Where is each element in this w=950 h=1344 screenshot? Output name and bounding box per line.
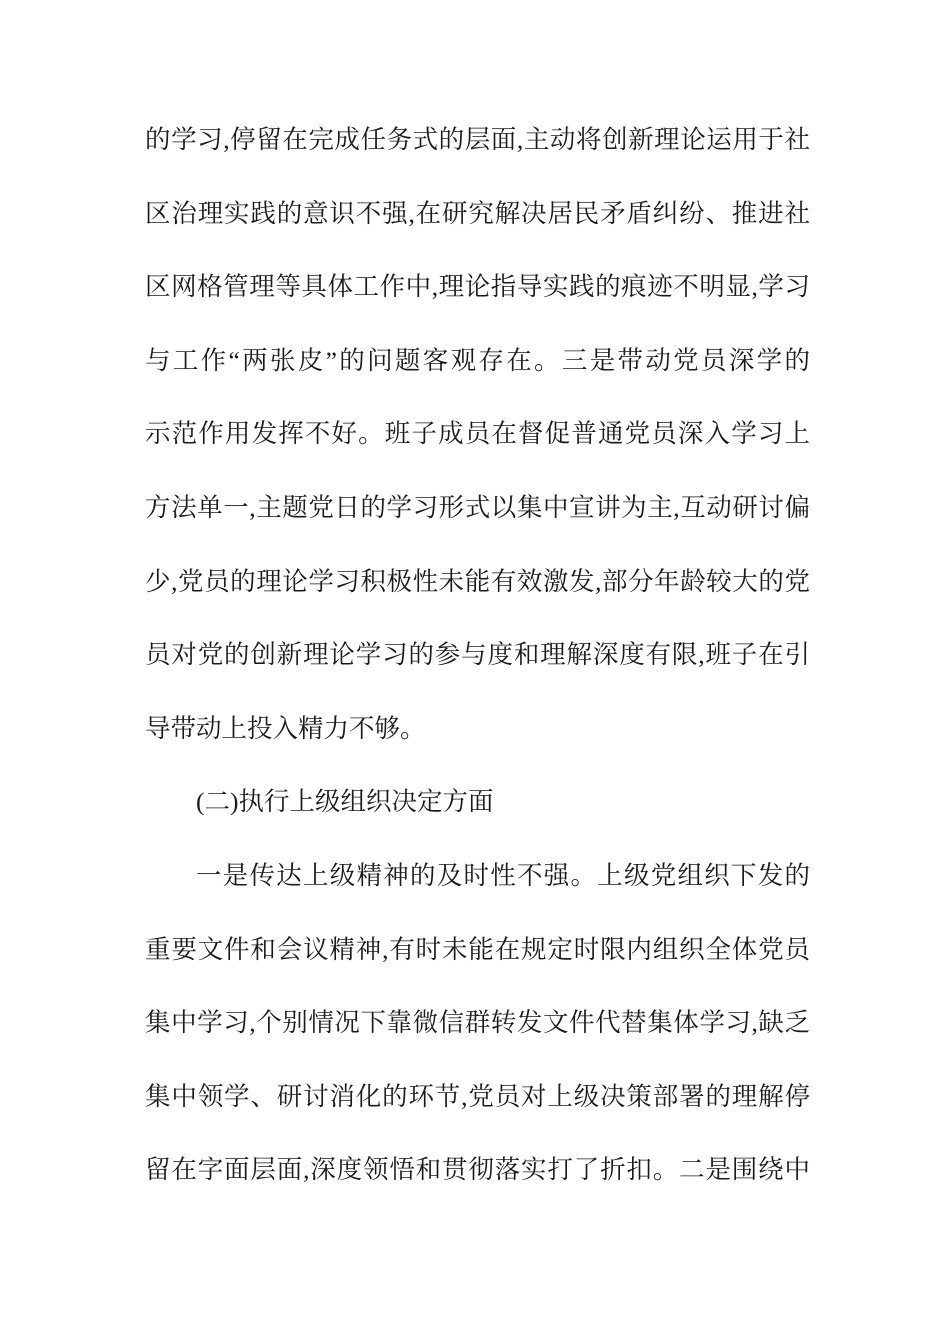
text-line: 员对党的创新理论学习的参与度和理解深度有限,班子在引 [145, 618, 810, 692]
text-line: 与工作“两张皮”的问题客观存在。三是带动党员深学的 [145, 324, 810, 398]
text-line: 集中领学、研讨消化的环节,党员对上级决策部署的理解停 [145, 1060, 810, 1134]
text-line: 的学习,停留在完成任务式的层面,主动将创新理论运用于社 [145, 103, 810, 177]
text-line: 区治理实践的意识不强,在研究解决居民矛盾纠纷、推进社 [145, 177, 810, 251]
text-line: 少,党员的理论学习积极性未能有效激发,部分年龄较大的党 [145, 545, 810, 619]
text-line: 集中学习,个别情况下靠微信群转发文件代替集体学习,缺乏 [145, 986, 810, 1060]
text-line: (二)执行上级组织决定方面 [145, 765, 810, 839]
text-line: 一是传达上级精神的及时性不强。上级党组织下发的 [145, 839, 810, 913]
text-line: 区网格管理等具体工作中,理论指导实践的痕迹不明显,学习 [145, 250, 810, 324]
text-line: 重要文件和会议精神,有时未能在规定时限内组织全体党员 [145, 913, 810, 987]
document-page: 的学习,停留在完成任务式的层面,主动将创新理论运用于社区治理实践的意识不强,在研… [145, 103, 810, 1207]
text-line: 方法单一,主题党日的学习形式以集中宣讲为主,互动研讨偏 [145, 471, 810, 545]
text-line: 留在字面层面,深度领悟和贯彻落实打了折扣。二是围绕中 [145, 1133, 810, 1207]
text-line: 导带动上投入精力不够。 [145, 692, 810, 766]
text-line: 示范作用发挥不好。班子成员在督促普通党员深入学习上 [145, 397, 810, 471]
